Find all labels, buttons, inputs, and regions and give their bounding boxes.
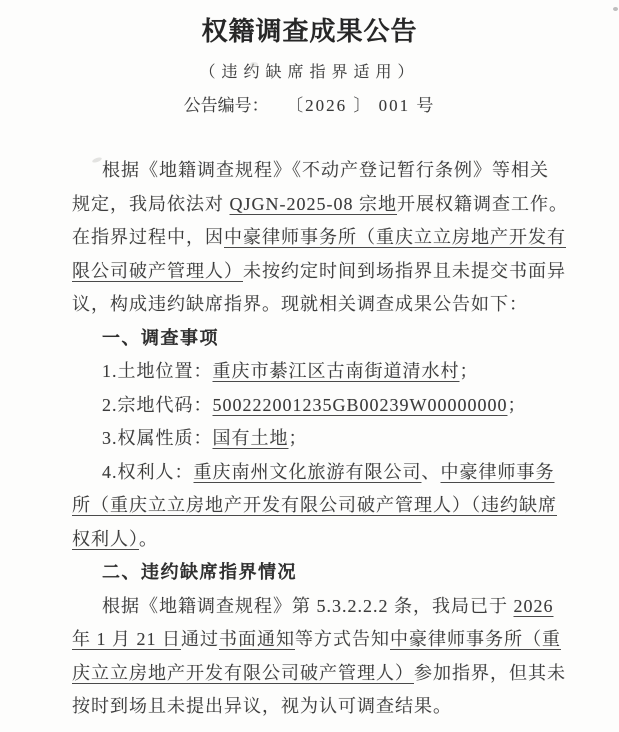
document-title: 权籍调查成果公告 xyxy=(0,0,619,51)
text-run: 1.土地位置： xyxy=(102,361,213,381)
body-line: 2.宗地代码：500222001235GB00239W00000000； xyxy=(72,389,575,423)
text-run: 议，构成违约缺席指界。现就相关调查成果公告如下： xyxy=(72,294,528,314)
body-line: 议，构成违约缺席指界。现就相关调查成果公告如下： xyxy=(72,288,575,322)
body-line: 按时到场且未提出异议，视为认可调查结果。 xyxy=(72,690,575,724)
text-run: 通过 xyxy=(181,629,219,649)
text-run: ； xyxy=(508,395,527,415)
text-run: 根据《地籍调查规程》第 5.3.2.2.2 条，我局已于 xyxy=(102,596,514,616)
underlined-text: 年 1 月 21 日 xyxy=(72,629,181,649)
underlined-text: 中豪律师事务所（重 xyxy=(390,629,561,649)
text-run: 参加指界，但其未 xyxy=(414,663,566,683)
text-run: ； xyxy=(460,361,479,381)
text-run: 等方式告知 xyxy=(295,629,390,649)
body-line: 年 1 月 21 日通过书面通知等方式告知中豪律师事务所（重 xyxy=(72,623,575,657)
scan-artifact xyxy=(250,62,258,67)
body-line: 4.权利人：重庆南州文化旅游有限公司、中豪律师事务 xyxy=(72,456,575,490)
scan-artifact xyxy=(613,7,618,11)
text-run: ； xyxy=(289,428,308,448)
text-run: 3.权属性质： xyxy=(102,428,213,448)
notice-number: 公告编号：〔2026 〕 001 号 xyxy=(0,94,619,118)
text-run: 。 xyxy=(139,529,158,549)
underlined-text: 2026 xyxy=(514,596,554,616)
body-line: 权利人）。 xyxy=(72,523,575,557)
body-line: 根据《地籍调查规程》第 5.3.2.2.2 条，我局已于 2026 xyxy=(72,590,575,624)
text-run: 4.权利人： xyxy=(102,462,194,482)
text-run: 二、违约缺席指界情况 xyxy=(102,562,297,582)
body-line: 1.土地位置：重庆市綦江区古南街道清水村； xyxy=(72,355,575,389)
underlined-text: 书面通知 xyxy=(219,629,295,649)
text-run: 2.宗地代码： xyxy=(102,395,213,415)
text-run: 未按约定时间到场指界且未提交书面异 xyxy=(243,261,566,281)
text-run: 根据《地籍调查规程》《不动产登记暂行条例》等相关 xyxy=(102,160,549,180)
body-line: 限公司破产管理人）未按约定时间到场指界且未提交书面异 xyxy=(72,255,575,289)
document-body: 根据《地籍调查规程》《不动产登记暂行条例》等相关规定，我局依法对 QJGN-20… xyxy=(72,154,575,724)
text-run: 一、调查事项 xyxy=(102,328,219,348)
text-run: 开展权籍调查工作。 xyxy=(397,194,568,214)
body-line: 3.权属性质：国有土地； xyxy=(72,422,575,456)
text-run: 、 xyxy=(422,462,441,482)
underlined-text: 重庆市綦江区古南街道清水村 xyxy=(213,361,460,381)
document-subtitle: （违约缺席指界适用） xyxy=(0,61,619,85)
underlined-text: 限公司破产管理人） xyxy=(72,261,243,281)
underlined-text: 重庆南州文化旅游有限公司 xyxy=(194,462,422,482)
section-heading: 二、违约缺席指界情况 xyxy=(72,556,575,590)
body-line: 庆立立房地产开发有限公司破产管理人）参加指界，但其未 xyxy=(72,657,575,691)
underlined-text: 国有土地 xyxy=(213,428,289,448)
body-line: 所（重庆立立房地产开发有限公司破产管理人）（违约缺席 xyxy=(72,489,575,523)
body-line: 在指界过程中，因中豪律师事务所（重庆立立房地产开发有 xyxy=(72,221,575,255)
underlined-text: 所（重庆立立房地产开发有限公司破产管理人）（违约缺席 xyxy=(72,495,557,515)
text-run: 在指界过程中，因 xyxy=(72,227,224,247)
underlined-text: 中豪律师事务所（重庆立立房地产开发有 xyxy=(224,227,566,247)
underlined-text: 500222001235GB00239W00000000 xyxy=(213,395,508,415)
underlined-text: 权利人） xyxy=(72,529,139,549)
underlined-text: QJGN-2025-08 宗地 xyxy=(230,194,398,214)
underlined-text: 中豪律师事务 xyxy=(441,462,555,482)
underlined-text: 庆立立房地产开发有限公司破产管理人） xyxy=(72,663,414,683)
text-run: 按时到场且未提出异议，视为认可调查结果。 xyxy=(72,696,452,716)
notice-number-label: 公告编号： xyxy=(184,96,269,115)
text-run: 规定，我局依法对 xyxy=(72,194,230,214)
notice-number-value: 〔2026 〕 001 号 xyxy=(295,96,436,115)
section-heading: 一、调查事项 xyxy=(72,322,575,356)
body-line: 根据《地籍调查规程》《不动产登记暂行条例》等相关 xyxy=(72,154,575,188)
announcement-document: 权籍调查成果公告 （违约缺席指界适用） 公告编号：〔2026 〕 001 号 根… xyxy=(0,0,619,732)
body-line: 规定，我局依法对 QJGN-2025-08 宗地开展权籍调查工作。 xyxy=(72,188,575,222)
